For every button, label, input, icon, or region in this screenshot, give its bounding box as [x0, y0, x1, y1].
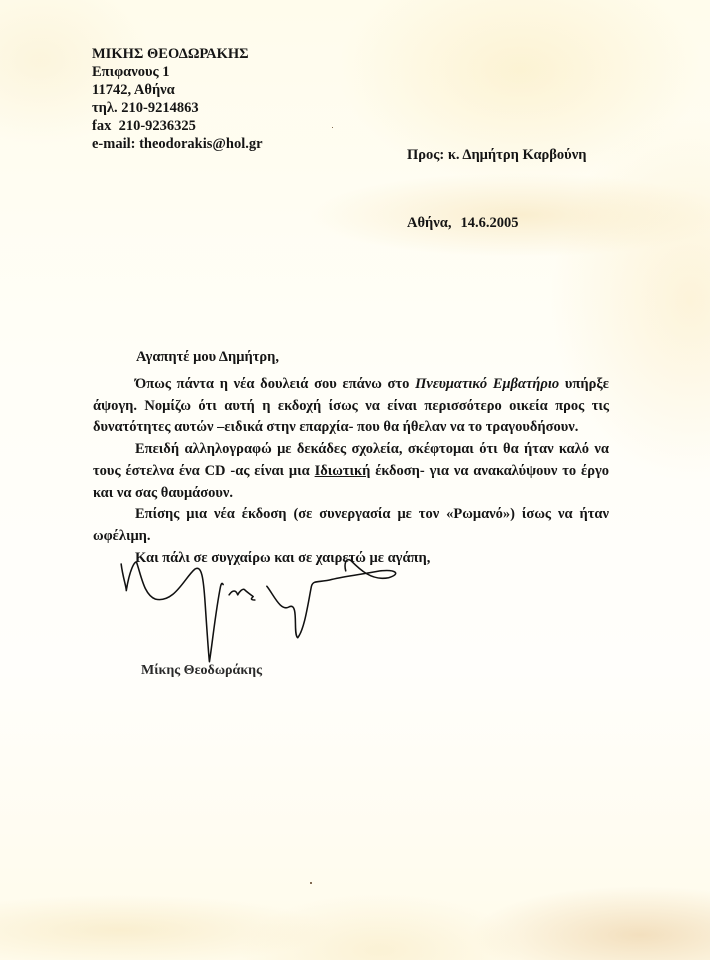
salutation: Αγαπητέ μου Δημήτρη, — [136, 349, 279, 366]
paper-speck — [332, 127, 333, 128]
sender-phone: τηλ. 210-9214863 — [92, 99, 263, 117]
paragraph-1: Όπως πάντα η νέα δουλειά σου επάνω στο Π… — [93, 374, 609, 439]
recipient-line: Προς: κ. Δημήτρη Καρβούνη — [407, 147, 586, 164]
paper-speck — [310, 882, 312, 884]
sender-street: Επιφανους 1 — [92, 63, 263, 81]
handwritten-signature — [80, 552, 440, 672]
signature-name: Μίκης Θεοδωράκης — [141, 663, 262, 679]
paragraph-2: Επειδή αλληλογραφώ με δεκάδες σχολεία, σ… — [93, 439, 609, 504]
sender-fax: fax 210-9236325 — [92, 117, 263, 135]
work-title: Πνευματικό Εμβατήριο — [415, 376, 559, 392]
sender-city: 11742, Αθήνα — [92, 81, 263, 99]
paragraph-3: Επίσης μια νέα έκδοση (σε συνεργασία με … — [93, 504, 609, 547]
date: 14.6.2005 — [460, 215, 518, 231]
sender-name: ΜΙΚΗΣ ΘΕΟΔΩΡΑΚΗΣ — [92, 45, 263, 63]
letter-body: Όπως πάντα η νέα δουλειά σου επάνω στο Π… — [93, 374, 609, 569]
sender-email: e-mail: theodorakis@hol.gr — [92, 135, 263, 153]
underlined-word: Ιδιωτική — [315, 463, 371, 479]
sender-letterhead: ΜΙΚΗΣ ΘΕΟΔΩΡΑΚΗΣ Επιφανους 1 11742, Αθήν… — [92, 45, 263, 153]
place: Αθήνα, — [407, 215, 451, 231]
date-line: Αθήνα,14.6.2005 — [407, 215, 518, 232]
